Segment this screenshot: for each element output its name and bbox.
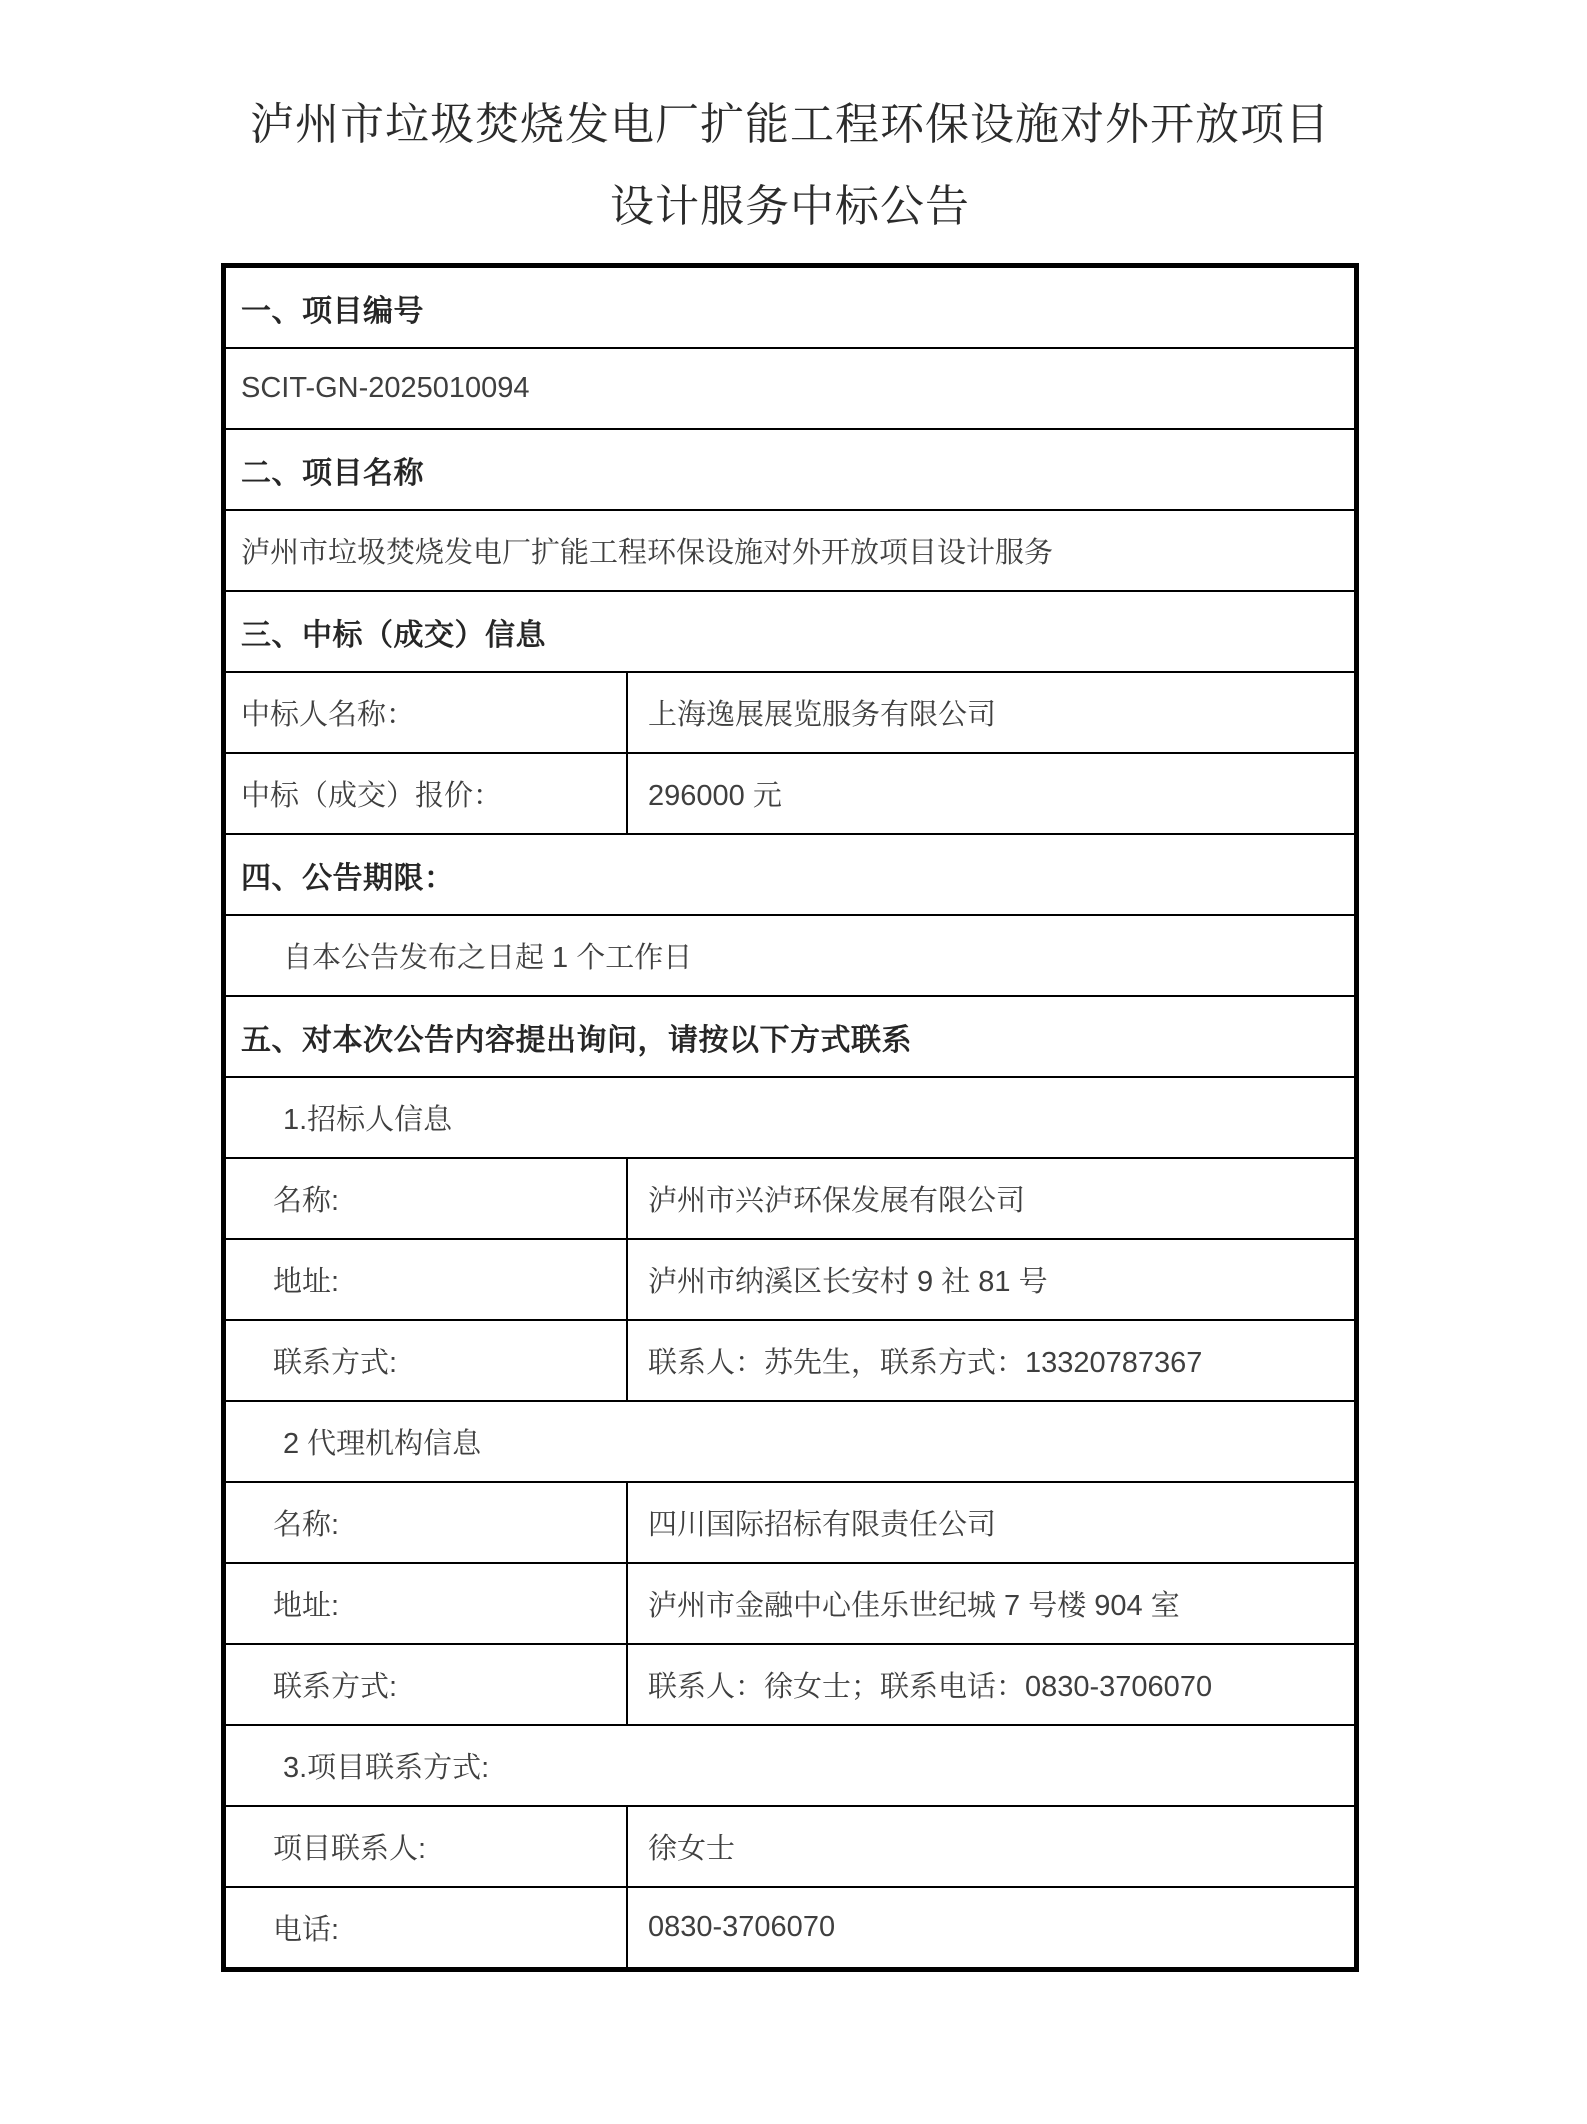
- table-row: 3.项目联系方式:: [226, 1726, 1354, 1807]
- section-title: 二、项目名称: [226, 430, 424, 509]
- section-header-row: 四、公告期限：: [226, 835, 1354, 916]
- page-title: 泸州市垃圾焚烧发电厂扩能工程环保设施对外开放项目 设计服务中标公告: [221, 84, 1359, 248]
- field-label: 名称:: [226, 1159, 628, 1238]
- field-value: 上海逸展展览服务有限公司: [628, 673, 1354, 752]
- field-label: 联系方式:: [226, 1321, 628, 1400]
- table-row: 中标人名称：上海逸展展览服务有限公司: [226, 673, 1354, 754]
- table-row: 电话:0830-3706070: [226, 1888, 1354, 1967]
- row-text: SCIT-GN-2025010094: [226, 349, 530, 428]
- field-value: 徐女士: [628, 1807, 1354, 1886]
- row-text: 泸州市垃圾焚烧发电厂扩能工程环保设施对外开放项目设计服务: [226, 511, 1053, 590]
- section-title: 一、项目编号: [226, 268, 424, 347]
- field-value: 泸州市纳溪区长安村 9 社 81 号: [628, 1240, 1354, 1319]
- field-value: 联系人：苏先生，联系方式：13320787367: [628, 1321, 1354, 1400]
- field-value: 泸州市金融中心佳乐世纪城 7 号楼 904 室: [628, 1564, 1354, 1643]
- table-row: 地址:泸州市纳溪区长安村 9 社 81 号: [226, 1240, 1354, 1321]
- field-label: 名称:: [226, 1483, 628, 1562]
- table-row: 联系方式:联系人：苏先生，联系方式：13320787367: [226, 1321, 1354, 1402]
- page-title-line2: 设计服务中标公告: [221, 166, 1359, 248]
- table-row: 名称:四川国际招标有限责任公司: [226, 1483, 1354, 1564]
- section-title: 三、中标（成交）信息: [226, 592, 546, 671]
- row-text: 3.项目联系方式:: [226, 1726, 489, 1805]
- field-value: 0830-3706070: [628, 1888, 1354, 1967]
- section-title: 五、对本次公告内容提出询问，请按以下方式联系: [226, 997, 912, 1076]
- field-value: 四川国际招标有限责任公司: [628, 1483, 1354, 1562]
- field-label: 中标（成交）报价：: [226, 754, 628, 833]
- field-value: 296000 元: [628, 754, 1354, 833]
- table-row: 泸州市垃圾焚烧发电厂扩能工程环保设施对外开放项目设计服务: [226, 511, 1354, 592]
- table-row: 2 代理机构信息: [226, 1402, 1354, 1483]
- section-title: 四、公告期限：: [226, 835, 455, 914]
- table-row: 项目联系人:徐女士: [226, 1807, 1354, 1888]
- section-header-row: 一、项目编号: [226, 268, 1354, 349]
- field-label: 联系方式:: [226, 1645, 628, 1724]
- row-text: 自本公告发布之日起 1 个工作日: [226, 916, 692, 995]
- row-text: 1.招标人信息: [226, 1078, 452, 1157]
- table-row: 自本公告发布之日起 1 个工作日: [226, 916, 1354, 997]
- table-row: 1.招标人信息: [226, 1078, 1354, 1159]
- field-label: 地址:: [226, 1240, 628, 1319]
- table-row: 中标（成交）报价：296000 元: [226, 754, 1354, 835]
- field-value: 联系人：徐女士；联系电话：0830-3706070: [628, 1645, 1354, 1724]
- field-label: 中标人名称：: [226, 673, 628, 752]
- field-label: 电话:: [226, 1888, 628, 1967]
- document-page: 泸州市垃圾焚烧发电厂扩能工程环保设施对外开放项目 设计服务中标公告 一、项目编号…: [0, 0, 1587, 2124]
- section-header-row: 二、项目名称: [226, 430, 1354, 511]
- table-row: SCIT-GN-2025010094: [226, 349, 1354, 430]
- row-text: 2 代理机构信息: [226, 1402, 481, 1481]
- table-row: 联系方式:联系人：徐女士；联系电话：0830-3706070: [226, 1645, 1354, 1726]
- section-header-row: 五、对本次公告内容提出询问，请按以下方式联系: [226, 997, 1354, 1078]
- announcement-table: 一、项目编号SCIT-GN-2025010094二、项目名称泸州市垃圾焚烧发电厂…: [221, 263, 1359, 1972]
- field-label: 项目联系人:: [226, 1807, 628, 1886]
- table-row: 名称:泸州市兴泸环保发展有限公司: [226, 1159, 1354, 1240]
- page-title-line1: 泸州市垃圾焚烧发电厂扩能工程环保设施对外开放项目: [221, 84, 1359, 166]
- section-header-row: 三、中标（成交）信息: [226, 592, 1354, 673]
- table-row: 地址:泸州市金融中心佳乐世纪城 7 号楼 904 室: [226, 1564, 1354, 1645]
- field-label: 地址:: [226, 1564, 628, 1643]
- field-value: 泸州市兴泸环保发展有限公司: [628, 1159, 1354, 1238]
